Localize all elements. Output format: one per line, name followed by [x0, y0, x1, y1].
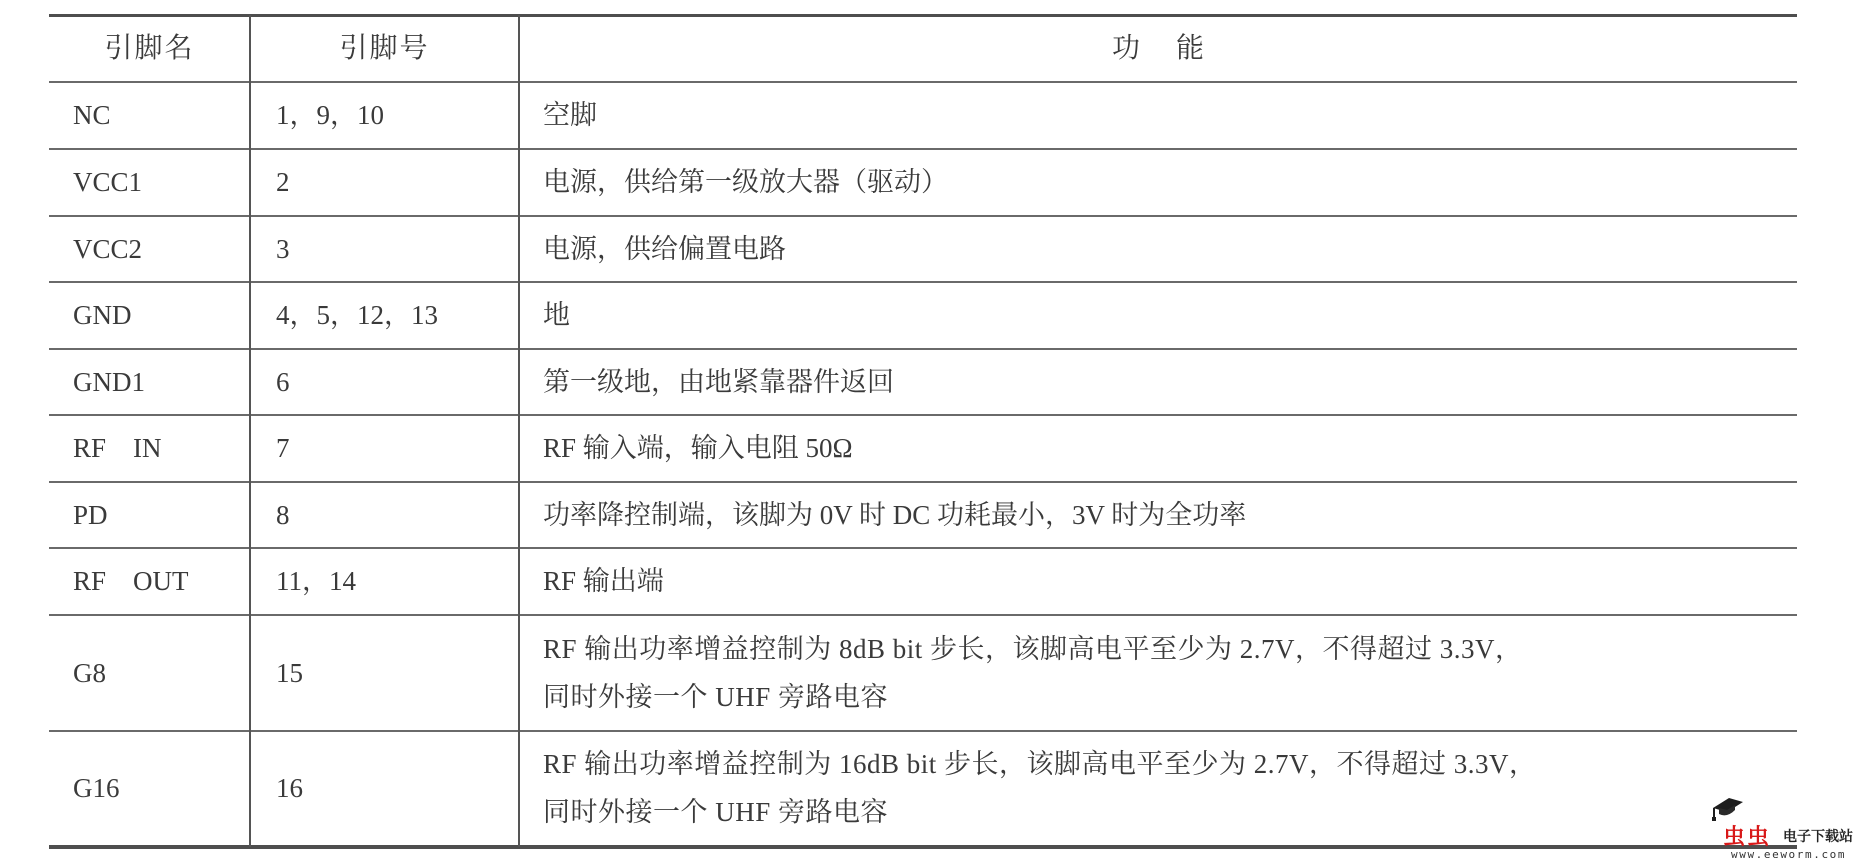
watermark-site-name: 电子下载站	[1783, 826, 1853, 846]
function-cell: RF 输出功率增益控制为 8dB bit 步长，该脚高电平至少为 2.7V，不得…	[519, 615, 1797, 730]
function-cell: RF 输入端，输入电阻 50Ω	[519, 415, 1797, 481]
pin-name-cell: RF OUT	[49, 548, 250, 614]
header-function: 功能	[519, 16, 1797, 82]
function-cell: 功率降控制端，该脚为 0V 时 DC 功耗最小，3V 时为全功率	[519, 482, 1797, 548]
function-cell: 电源，供给偏置电路	[519, 216, 1797, 282]
pin-number-cell: 4，5，12，13	[250, 282, 519, 348]
function-line: 同时外接一个 UHF 旁路电容	[543, 788, 1537, 836]
function-cell: 空脚	[519, 82, 1797, 148]
graduation-cap-icon	[1709, 796, 1743, 822]
pin-number-cell: 7	[250, 415, 519, 481]
pin-number-cell: 15	[250, 615, 519, 730]
pin-number-cell: 8	[250, 482, 519, 548]
pin-name-cell: VCC1	[49, 149, 250, 215]
pin-name-cell: RF IN	[49, 415, 250, 481]
function-cell: RF 输出端	[519, 548, 1797, 614]
header-pin-number: 引脚号	[250, 16, 519, 82]
watermark-logo-text: 虫虫	[1723, 820, 1771, 851]
pin-name-cell: PD	[49, 482, 250, 548]
table-bottom-border	[49, 845, 1797, 849]
function-cell: 地	[519, 282, 1797, 348]
pin-name-cell: GND1	[49, 349, 250, 415]
pin-name-cell: NC	[49, 82, 250, 148]
site-watermark: 虫虫 电子下载站 www.eeworm.com	[1697, 796, 1857, 865]
pin-name-cell: GND	[49, 282, 250, 348]
pin-name-cell: G16	[49, 731, 250, 845]
pin-number-cell: 6	[250, 349, 519, 415]
header-pin-name: 引脚名	[49, 16, 250, 82]
function-cell: 电源，供给第一级放大器（驱动）	[519, 149, 1797, 215]
watermark-url: www.eeworm.com	[1731, 848, 1846, 861]
pin-number-cell: 16	[250, 731, 519, 845]
pin-name-cell: VCC2	[49, 216, 250, 282]
function-cell: 第一级地，由地紧靠器件返回	[519, 349, 1797, 415]
pin-number-cell: 2	[250, 149, 519, 215]
pin-name-cell: G8	[49, 615, 250, 730]
header-function-label: 功能	[1112, 29, 1240, 69]
pin-number-cell: 11，14	[250, 548, 519, 614]
pin-number-cell: 3	[250, 216, 519, 282]
function-line: RF 输出功率增益控制为 8dB bit 步长，该脚高电平至少为 2.7V，不得…	[543, 625, 1523, 673]
function-cell: RF 输出功率增益控制为 16dB bit 步长，该脚高电平至少为 2.7V，不…	[519, 731, 1797, 845]
function-line: 同时外接一个 UHF 旁路电容	[543, 673, 1523, 721]
pin-number-cell: 1，9，10	[250, 82, 519, 148]
function-line: RF 输出功率增益控制为 16dB bit 步长，该脚高电平至少为 2.7V，不…	[543, 740, 1537, 788]
